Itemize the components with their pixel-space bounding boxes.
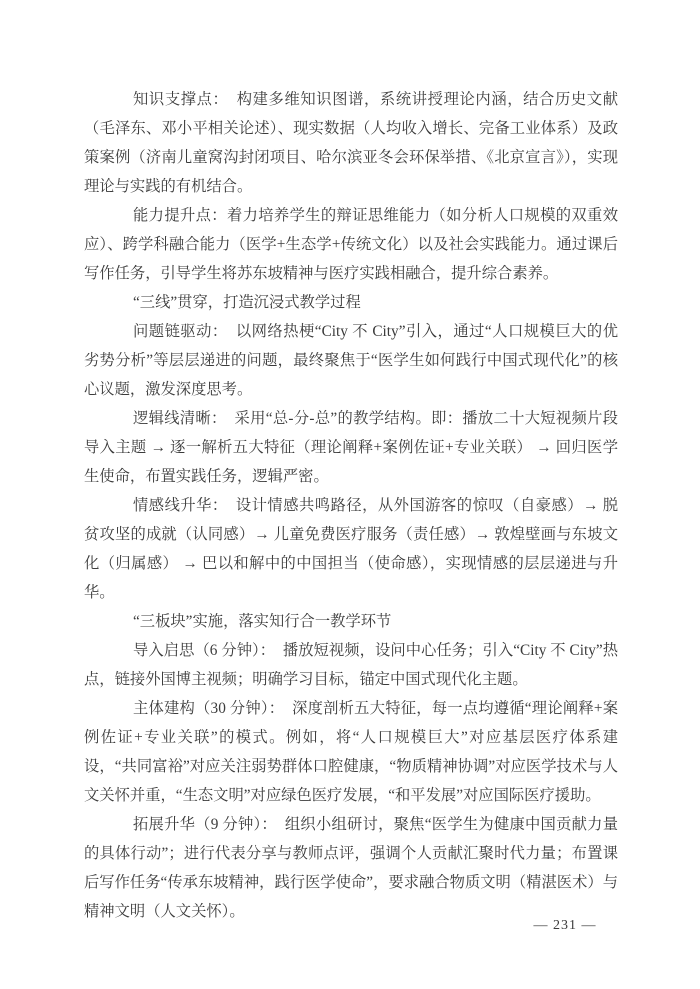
paragraph-emotion-line: 情感线升华： 设计情感共鸣路径，从外国游客的惊叹（自豪感）→ 脱贫攻坚的成就（认…: [84, 491, 618, 607]
document-page: 知识支撑点： 构建多维知识图谱，系统讲授理论内涵，结合历史文献（毛泽东、邓小平相…: [0, 0, 700, 989]
heading-three-sections: “三板块”实施，落实知行合一教学环节: [84, 607, 618, 636]
page-number: — 231 —: [520, 916, 610, 936]
paragraph-problem-chain: 问题链驱动： 以网络热梗“City 不 City”引入，通过“人口规模巨大的优劣…: [84, 317, 618, 404]
paragraph-lead-in-stage: 导入启思（6 分钟）： 播放短视频，设问中心任务；引入“City 不 City”…: [84, 636, 618, 694]
paragraph-expansion-stage: 拓展升华（9 分钟）： 组织小组研讨，聚焦“医学生为健康中国贡献力量的具体行动”…: [84, 810, 618, 926]
paragraph-logic-line: 逻辑线清晰： 采用“总-分-总”的教学结构。即：播放二十大短视频片段导入主题 →…: [84, 404, 618, 491]
heading-three-lines: “三线”贯穿，打造沉浸式教学过程: [84, 288, 618, 317]
paragraph-ability-points: 能力提升点：着力培养学生的辩证思维能力（如分析人口规模的双重效应）、跨学科融合能…: [84, 201, 618, 288]
paragraph-main-construction-stage: 主体建构（30 分钟）： 深度剖析五大特征，每一点均遵循“理论阐释+案例佐证+专…: [84, 694, 618, 810]
document-content: 知识支撑点： 构建多维知识图谱，系统讲授理论内涵，结合历史文献（毛泽东、邓小平相…: [84, 85, 618, 926]
paragraph-knowledge-points: 知识支撑点： 构建多维知识图谱，系统讲授理论内涵，结合历史文献（毛泽东、邓小平相…: [84, 85, 618, 201]
